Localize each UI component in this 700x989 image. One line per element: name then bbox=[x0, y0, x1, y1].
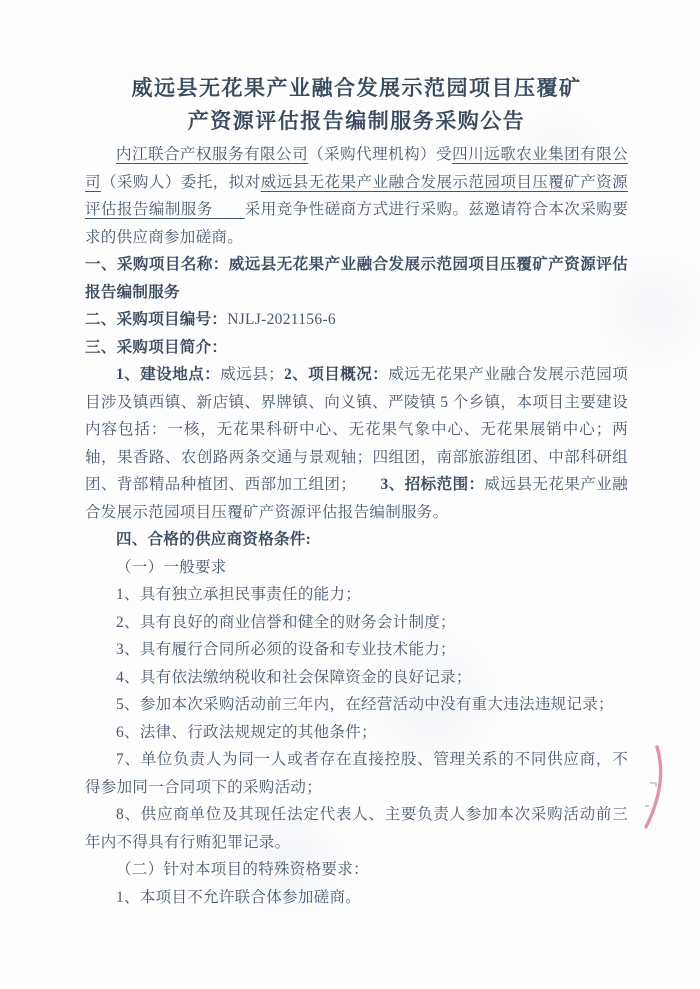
doc-title-line-1: 威远县无花果产业融合发展示范园项目压覆矿 bbox=[85, 72, 628, 105]
red-seal-arc bbox=[626, 733, 692, 841]
plain-text: NJLJ-2021156-6 bbox=[227, 311, 336, 328]
section-1-project-name: 一、采购项目名称：威远县无花果产业融合发展示范园项目压覆矿产资源评估报告编制服务 bbox=[85, 251, 628, 306]
seal-speck-2 bbox=[645, 805, 649, 807]
plain-text: （采购代理机构）受 bbox=[308, 146, 452, 163]
requirement-8: 8、供应商单位及其现任法定代表人、主要负责人参加本次采购活动前三年内不得具有行贿… bbox=[85, 801, 628, 856]
requirement-3: 3、具有履行合同所必须的设备和专业技术能力； bbox=[85, 636, 628, 664]
section-4-heading: 四、合格的供应商资格条件: bbox=[85, 526, 628, 554]
seal-speck-1 bbox=[650, 783, 656, 787]
requirement-7: 7、单位负责人为同一人或者存在直接控股、管理关系的不同供应商，不得参加同一合同项… bbox=[85, 746, 628, 801]
plain-text: 6、法律、行政法规规定的其他条件； bbox=[116, 724, 377, 741]
bold-text: 四、合格的供应商资格条件: bbox=[116, 531, 311, 548]
bold-text: 一、采购项目名称：威远县无花果产业融合发展示范园项目压覆矿产资源评估报告编制服务 bbox=[85, 256, 628, 301]
doc-title-line-2: 产资源评估报告编制服务采购公告 bbox=[85, 105, 628, 138]
intro-paragraph: 内江联合产权服务有限公司（采购代理机构）受四川远歌农业集团有限公司（采购人）委托… bbox=[85, 141, 628, 251]
bold-text: 2、项目概况： bbox=[284, 366, 388, 383]
plain-text: 威远县； bbox=[220, 366, 284, 383]
bold-text: 三、采购项目简介： bbox=[85, 339, 227, 356]
plain-text: 威远无花果产业融合发展示范园项目涉及镇西镇、新店镇、界牌镇、向义镇、严陵镇 5 … bbox=[85, 366, 628, 493]
special-requirement-1: 1、本项目不允许联合体参加磋商。 bbox=[85, 884, 628, 912]
plain-text: 7、单位负责人为同一人或者存在直接控股、管理关系的不同供应商，不得参加同一合同项… bbox=[85, 751, 628, 796]
bold-text: 3、招标范围： bbox=[381, 476, 485, 493]
requirement-1: 1、具有独立承担民事责任的能力； bbox=[85, 581, 628, 609]
plain-text: 8、供应商单位及其现任法定代表人、主要负责人参加本次采购活动前三年内不得具有行贿… bbox=[85, 806, 628, 851]
section-3-heading: 三、采购项目简介： bbox=[85, 334, 628, 362]
plain-text: （采购人）委托，拟对 bbox=[101, 174, 261, 191]
plain-text: 4、具有依法缴纳税收和社会保障资金的良好记录； bbox=[116, 669, 472, 686]
seal-arc-path bbox=[646, 747, 661, 827]
special-requirements-heading: （二）针对本项目的特殊资格要求： bbox=[85, 856, 628, 884]
plain-text: （一）一般要求 bbox=[116, 559, 227, 576]
plain-text: 1、本项目不允许联合体参加磋商。 bbox=[116, 889, 361, 906]
scanned-document-page: 威远县无花果产业融合发展示范园项目压覆矿产资源评估报告编制服务采购公告内江联合产… bbox=[0, 0, 700, 989]
plain-text: （二）针对本项目的特殊资格要求： bbox=[116, 861, 369, 878]
section-2-project-number: 二、采购项目编号：NJLJ-2021156-6 bbox=[85, 306, 628, 334]
requirement-5: 5、参加本次采购活动前三年内，在经营活动中没有重大违法违规记录； bbox=[85, 691, 628, 719]
plain-text: 1、具有独立承担民事责任的能力； bbox=[116, 586, 361, 603]
plain-text: 2、具有良好的商业信誉和健全的财务会计制度； bbox=[116, 614, 456, 631]
doc-title: 威远县无花果产业融合发展示范园项目压覆矿产资源评估报告编制服务采购公告 bbox=[85, 72, 628, 138]
plain-text: 3、具有履行合同所必须的设备和专业技术能力； bbox=[116, 641, 456, 658]
requirement-4: 4、具有依法缴纳税收和社会保障资金的良好记录； bbox=[85, 664, 628, 692]
plain-text: 5、参加本次采购活动前三年内，在经营活动中没有重大违法违规记录； bbox=[116, 696, 614, 713]
bold-text: 1、建设地点： bbox=[116, 366, 220, 383]
bold-text: 二、采购项目编号： bbox=[85, 311, 227, 328]
section-3-body: 1、建设地点：威远县；2、项目概况：威远无花果产业融合发展示范园项目涉及镇西镇、… bbox=[85, 361, 628, 526]
requirement-6: 6、法律、行政法规规定的其他条件； bbox=[85, 719, 628, 747]
underlined-text: 内江联合产权服务有限公司 bbox=[116, 146, 308, 163]
requirement-2: 2、具有良好的商业信誉和健全的财务会计制度； bbox=[85, 609, 628, 637]
general-requirements-heading: （一）一般要求 bbox=[85, 554, 628, 582]
document-body: 威远县无花果产业融合发展示范园项目压覆矿产资源评估报告编制服务采购公告内江联合产… bbox=[85, 72, 628, 911]
underlined-text bbox=[213, 201, 245, 218]
